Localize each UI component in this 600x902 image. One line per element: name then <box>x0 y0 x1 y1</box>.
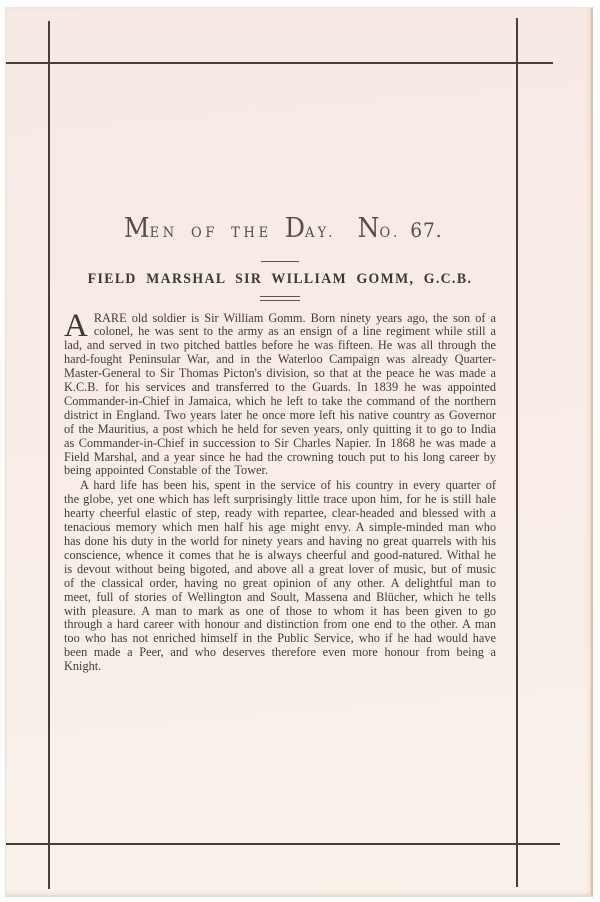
masthead-initial: D <box>285 213 305 244</box>
photo-backdrop: MENOFTHEDAY.NO.67. FIELD MARSHAL SIR WIL… <box>0 0 600 902</box>
masthead-title: MENOFTHEDAY.NO.67. <box>79 211 481 247</box>
masthead-smallcaps: AY. <box>305 225 336 241</box>
masthead-word-the: THE <box>231 225 272 241</box>
frame-right-rule <box>516 18 518 887</box>
drop-cap: A <box>64 312 94 339</box>
masthead-issue-number: 67. <box>410 218 442 242</box>
masthead-word-day: DAY. <box>285 222 336 241</box>
masthead-smallcaps: O. <box>379 225 400 241</box>
single-divider-rule <box>261 261 299 262</box>
article-subtitle: FIELD MARSHAL SIR WILLIAM GOMM, G.C.B. <box>81 271 478 288</box>
article-paragraph-1: ARARE old soldier is Sir William Gomm. B… <box>64 312 496 479</box>
masthead-word-of: OF <box>191 225 218 241</box>
frame-left-rule <box>48 21 50 889</box>
article: MENOFTHEDAY.NO.67. FIELD MARSHAL SIR WIL… <box>64 211 496 674</box>
masthead-smallcaps: EN <box>150 225 178 241</box>
frame-bottom-rule <box>6 843 560 845</box>
frame-top-rule <box>6 62 553 64</box>
document-page: MENOFTHEDAY.NO.67. FIELD MARSHAL SIR WIL… <box>5 7 593 897</box>
masthead-word-men: MEN <box>124 222 178 241</box>
paragraph-1-text: RARE old soldier is Sir William Gomm. Bo… <box>64 311 496 478</box>
masthead-initial: M <box>124 213 150 244</box>
article-paragraph-2: A hard life has been his, spent in the s… <box>64 479 496 674</box>
double-divider-rule <box>260 296 300 301</box>
masthead-initial: N <box>357 213 379 244</box>
masthead-word-no: NO. <box>357 222 400 241</box>
